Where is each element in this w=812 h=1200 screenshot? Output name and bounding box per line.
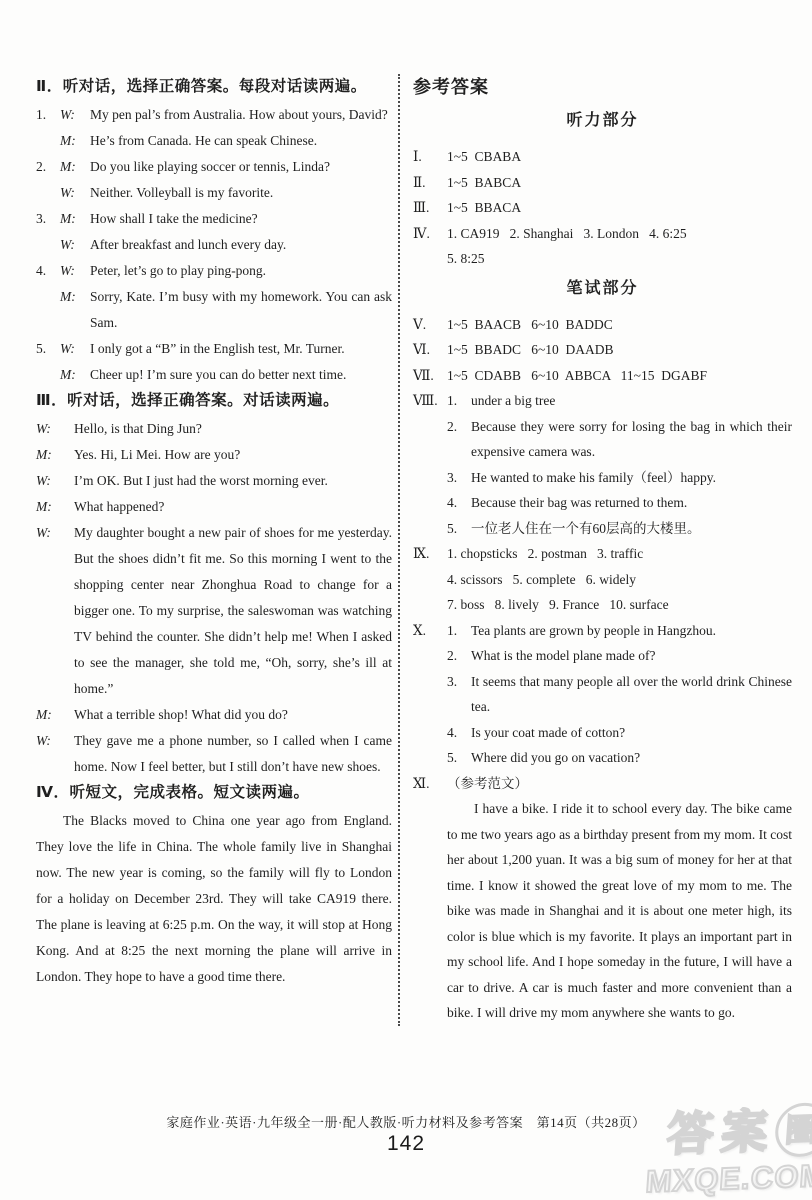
answer-text: 1~5 BBACA [447,195,792,221]
answer-row: Ⅳ. 1. CA919 2. Shanghai 3. London 4. 6:2… [413,221,792,272]
listening-part-heading: 听力部分 [413,108,792,134]
answer-roman-numeral: Ⅸ. [413,541,447,618]
speaker-label: W: [36,416,74,442]
dialogue-text: I only got a “B” in the English test, Mr… [90,336,392,362]
sub-answer-text: Where did you go on vacation? [471,745,792,771]
speaker-label: W: [60,232,90,258]
speaker-label: M: [36,442,74,468]
sub-answer-number: 2. [447,643,471,669]
dialogue-text: What a terrible shop! What did you do? [74,702,392,728]
answer-roman-numeral: Ⅷ. [413,388,447,541]
footer-book-info: 家庭作业·英语·九年级全一册·配人教版·听力材料及参考答案 第14页（共28页） [0,1112,812,1131]
watermark-url: MXQE.COM [644,1160,812,1197]
dialogue-item: 2. M: Do you like playing soccer or tenn… [36,154,392,206]
sub-answer-text: under a big tree [471,388,792,414]
dialogue-text: Neither. Volleyball is my favorite. [90,180,392,206]
answer-row: Ⅶ. 1~5 CDABB 6~10 ABBCA 11~15 DGABF [413,363,792,389]
answer-text: 4. scissors 5. complete 6. widely [447,567,792,593]
dialogue-text: My daughter bought a new pair of shoes f… [74,520,392,702]
answer-row: Ⅷ. 1. under a big tree 2. Because they w… [413,388,792,541]
dialogue-number: 2. [36,154,60,206]
speaker-label: M: [60,362,90,388]
sub-answer-text: It seems that many people all over the w… [471,669,792,720]
speaker-label: M: [60,284,90,336]
model-essay-label: （参考范文） [447,771,792,797]
answer-text: 1~5 BBADC 6~10 DAADB [447,337,792,363]
speaker-label: M: [36,702,74,728]
dialogue-text: Peter, let’s go to play ping-pong. [90,258,392,284]
dialogue-item: 4. W: Peter, let’s go to play ping-pong.… [36,258,392,336]
dialogue-text: He’s from Canada. He can speak Chinese. [90,128,392,154]
answers-title: 参考答案 [413,74,792,100]
speaker-label: W: [60,258,90,284]
dialogue-item: 5. W: I only got a “B” in the English te… [36,336,392,388]
sub-answer-text: Because they were sorry for losing the b… [471,414,792,465]
sub-answer-number: 1. [447,618,471,644]
sub-answer-number: 4. [447,490,471,516]
sub-answer-number: 1. [447,388,471,414]
sub-answer-text: Because their bag was returned to them. [471,490,792,516]
dialogue-text: Hello, is that Ding Jun? [74,416,392,442]
dialogue-text: How shall I take the medicine? [90,206,392,232]
sub-answer-number: 4. [447,720,471,746]
answer-text: 1. CA919 2. Shanghai 3. London 4. 6:25 [447,221,792,247]
answer-text: 1~5 CDABB 6~10 ABBCA 11~15 DGABF [447,363,792,389]
answer-roman-numeral: Ⅰ. [413,144,447,170]
sub-answer-number: 2. [447,414,471,465]
answer-text: 1~5 CBABA [447,144,792,170]
answer-text: 1~5 BAACB 6~10 BADDC [447,312,792,338]
sub-answer-number: 3. [447,465,471,491]
sub-answer-text: What is the model plane made of? [471,643,792,669]
section4-passage: The Blacks moved to China one year ago f… [36,808,392,990]
dialogue-text: My pen pal’s from Australia. How about y… [90,102,392,128]
dialogue-text: After breakfast and lunch every day. [90,232,392,258]
sub-answer-number: 5. [447,745,471,771]
dialogue-number: 1. [36,102,60,154]
dialogue-text: Do you like playing soccer or tennis, Li… [90,154,392,180]
scanned-answer-page: Ⅱ．听对话，选择正确答案。每段对话读两遍。 1. W: My pen pal’s… [0,0,812,1200]
answer-text: 5. 8:25 [447,246,792,272]
answer-row: Ⅵ. 1~5 BBADC 6~10 DAADB [413,337,792,363]
dialogue-item: 3. M: How shall I take the medicine? W: … [36,206,392,258]
speaker-label: M: [60,128,90,154]
dialogue-item: 1. W: My pen pal’s from Australia. How a… [36,102,392,154]
speaker-label: M: [36,494,74,520]
sub-answer-text: 一位老人住在一个有60层高的大楼里。 [471,516,792,542]
page-number: 142 [0,1132,812,1156]
answer-text: 1. chopsticks 2. postman 3. traffic [447,541,792,567]
answer-row: Ⅸ. 1. chopsticks 2. postman 3. traffic 4… [413,541,792,618]
speaker-label: W: [36,520,74,702]
section3-dialogue: W: Hello, is that Ding Jun? M: Yes. Hi, … [36,416,392,780]
answer-row: Ⅹ. 1. Tea plants are grown by people in … [413,618,792,771]
dialogue-text: Yes. Hi, Li Mei. How are you? [74,442,392,468]
answer-roman-numeral: Ⅵ. [413,337,447,363]
answer-roman-numeral: Ⅹ. [413,618,447,771]
answer-row: Ⅺ. （参考范文） I have a bike. I ride it to sc… [413,771,792,1026]
sub-answer-text: Is your coat made of cotton? [471,720,792,746]
two-column-layout: Ⅱ．听对话，选择正确答案。每段对话读两遍。 1. W: My pen pal’s… [36,74,792,1026]
speaker-label: W: [36,468,74,494]
answer-roman-numeral: Ⅱ. [413,170,447,196]
dialogue-number: 4. [36,258,60,336]
sub-answer-number: 3. [447,669,471,720]
transcript-column: Ⅱ．听对话，选择正确答案。每段对话读两遍。 1. W: My pen pal’s… [36,74,392,1026]
dialogue-number: 5. [36,336,60,388]
answer-roman-numeral: Ⅴ. [413,312,447,338]
speaker-label: M: [60,154,90,180]
answer-roman-numeral: Ⅶ. [413,363,447,389]
dialogue-text: I’m OK. But I just had the worst morning… [74,468,392,494]
section2-heading: Ⅱ．听对话，选择正确答案。每段对话读两遍。 [36,74,392,100]
speaker-label: W: [60,180,90,206]
dialogue-text: What happened? [74,494,392,520]
speaker-label: W: [60,102,90,128]
answer-roman-numeral: Ⅳ. [413,221,447,272]
speaker-label: W: [60,336,90,362]
dialogue-text: Cheer up! I’m sure you can do better nex… [90,362,392,388]
dialogue-text: Sorry, Kate. I’m busy with my homework. … [90,284,392,336]
section3-heading: Ⅲ．听对话，选择正确答案。对话读两遍。 [36,388,392,414]
answer-roman-numeral: Ⅲ. [413,195,447,221]
dialogue-number: 3. [36,206,60,258]
answer-text: 7. boss 8. lively 9. France 10. surface [447,592,792,618]
answer-row: Ⅰ. 1~5 CBABA [413,144,792,170]
sub-answer-text: He wanted to make his family（feel）happy. [471,465,792,491]
answer-row: Ⅴ. 1~5 BAACB 6~10 BADDC [413,312,792,338]
speaker-label: W: [36,728,74,780]
answer-row: Ⅲ. 1~5 BBACA [413,195,792,221]
answer-roman-numeral: Ⅺ. [413,771,447,1026]
written-part-heading: 笔试部分 [413,276,792,302]
dialogue-text: They gave me a phone number, so I called… [74,728,392,780]
section4-heading: Ⅳ．听短文，完成表格。短文读两遍。 [36,780,392,806]
answers-column: 参考答案 听力部分 Ⅰ. 1~5 CBABA Ⅱ. 1~5 BABCA Ⅲ. 1… [398,74,792,1026]
sub-answer-text: Tea plants are grown by people in Hangzh… [471,618,792,644]
answer-text: 1~5 BABCA [447,170,792,196]
model-essay-text: I have a bike. I ride it to school every… [447,796,792,1026]
sub-answer-number: 5. [447,516,471,542]
answer-row: Ⅱ. 1~5 BABCA [413,170,792,196]
speaker-label: M: [60,206,90,232]
